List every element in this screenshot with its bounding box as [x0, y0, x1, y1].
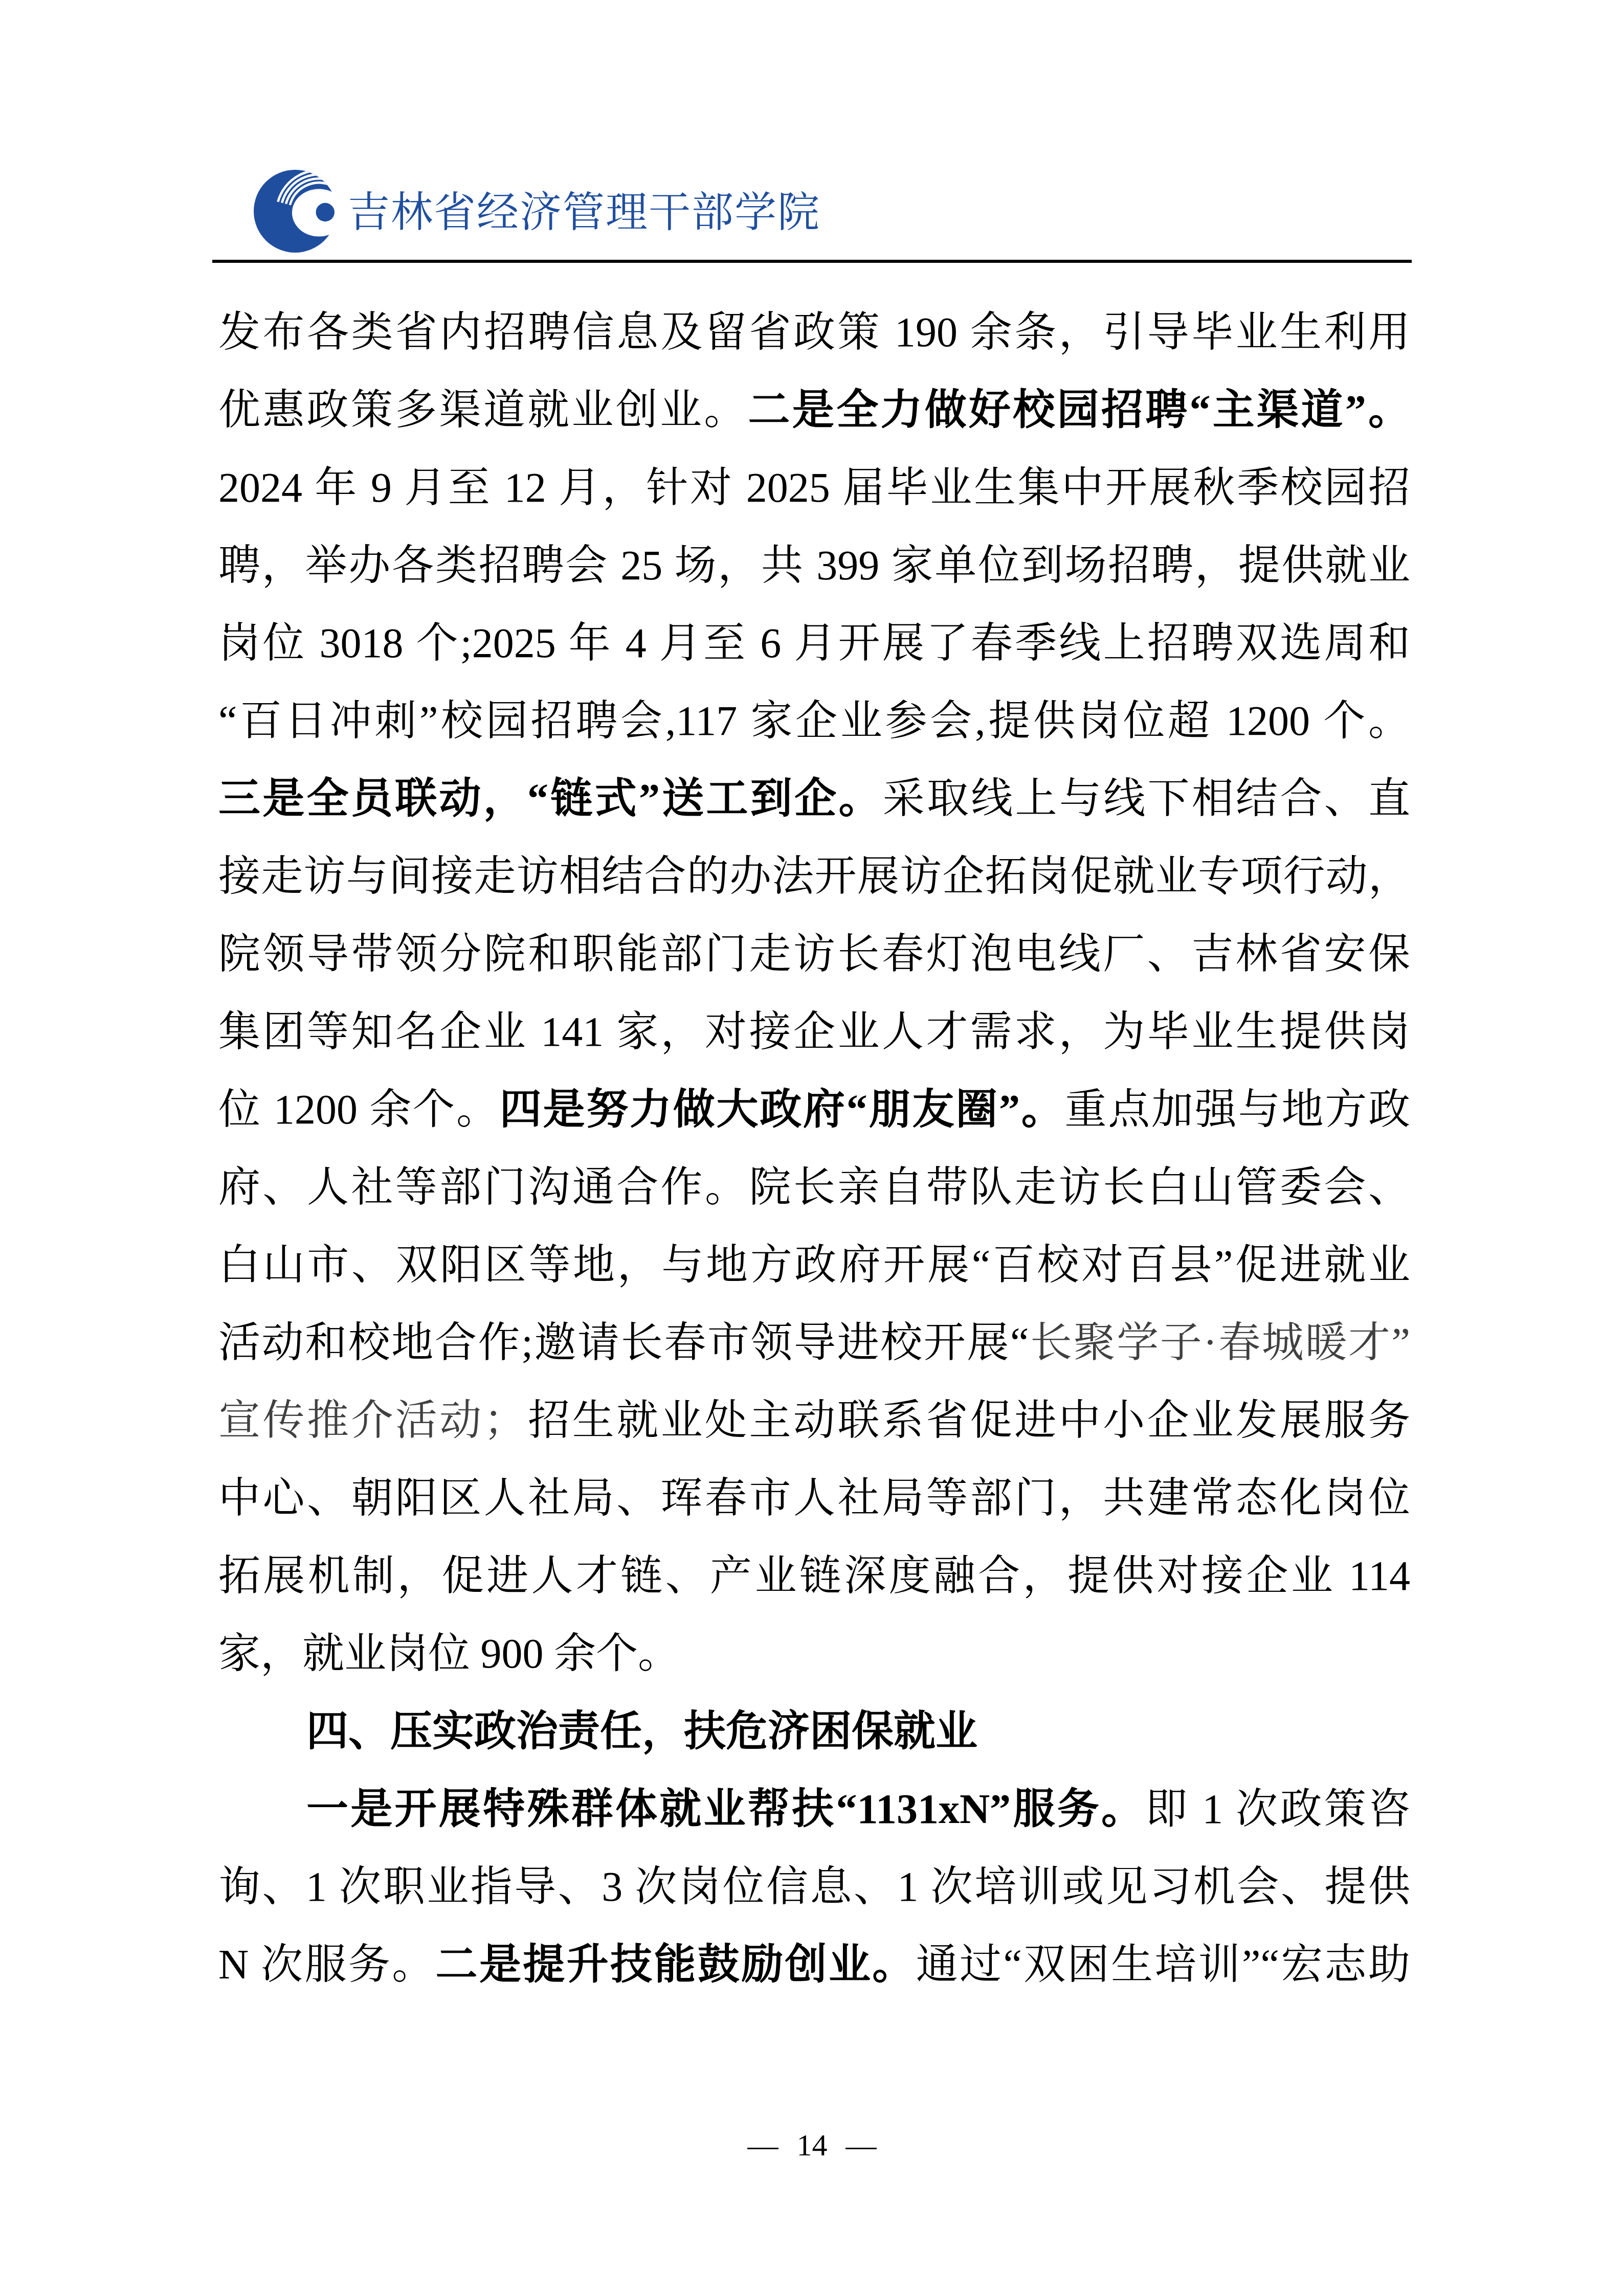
college-logo-icon: [254, 170, 337, 253]
text-segment: 中心、朝阳区人社局、珲春市人社局等部门，共建常态化岗位: [218, 1475, 1410, 1521]
document-page: 吉林省经济管理干部学院 发布各类省内招聘信息及留省政策 190 余条，引导毕业生…: [0, 0, 1624, 2296]
gray-text-segment: 长聚学子·春城暖才”: [1029, 1319, 1410, 1366]
body-line: 院领导带领分院和职能部门走访长春灯泡电线厂、吉林省安保: [218, 915, 1410, 993]
page-number-value: 14: [797, 2128, 828, 2162]
gray-text-segment: 宣传推介活动；: [218, 1397, 526, 1444]
body-line: 活动和校地合作;邀请长春市领导进校开展“长聚学子·春城暖才”: [218, 1304, 1410, 1382]
section-heading-text: 四、压实政治责任，扶危济困保就业: [306, 1707, 977, 1755]
emphasis-segment: 三是全员联动，“链式”送工到企。: [218, 775, 883, 822]
organization-name: 吉林省经济管理干部学院: [348, 190, 820, 235]
body-line: N 次服务。二是提升技能鼓励创业。通过“双困生培训”“宏志助: [218, 1926, 1410, 2004]
page-number: —14—: [0, 2130, 1624, 2160]
body-line: 三是全员联动，“链式”送工到企。采取线上与线下相结合、直: [218, 760, 1410, 838]
body-line: 中心、朝阳区人社局、珲春市人社局等部门，共建常态化岗位: [218, 1459, 1410, 1537]
text-segment: 拓展机制，促进人才链、产业链深度融合，提供对接企业 114: [218, 1552, 1410, 1599]
text-segment: 即 1 次政策咨: [1145, 1786, 1410, 1832]
page-number-dash-right: —: [846, 2128, 877, 2162]
header-divider: [212, 260, 1412, 263]
page-number-dash-left: —: [748, 2128, 778, 2162]
text-segment: N 次服务。: [218, 1941, 436, 1988]
body-line: 拓展机制，促进人才链、产业链深度融合，提供对接企业 114: [218, 1537, 1410, 1615]
body-line: 一是开展特殊群体就业帮扶“1131xN”服务。即 1 次政策咨: [218, 1770, 1410, 1848]
text-segment: 询、1 次职业指导、3 次岗位信息、1 次培训或见习机会、提供: [218, 1863, 1410, 1910]
text-segment: 聘，举办各类招聘会 25 场，共 399 家单位到场招聘，提供就业: [218, 542, 1410, 589]
emphasis-segment: 二是全力做好校园招聘“主渠道”。: [748, 387, 1410, 433]
body-line: 家，就业岗位 900 余个。: [218, 1615, 1410, 1693]
text-segment: 白山市、双阳区等地，与地方政府开展“百校对百县”促进就业: [218, 1242, 1410, 1288]
text-segment: 活动和校地合作;邀请长春市领导进校开展“: [218, 1319, 1029, 1366]
text-segment: 采取线上与线下相结合、直: [883, 775, 1410, 822]
body-line: 聘，举办各类招聘会 25 场，共 399 家单位到场招聘，提供就业: [218, 527, 1410, 604]
body-line: 位 1200 余个。四是努力做大政府“朋友圈”。重点加强与地方政: [218, 1071, 1410, 1149]
emphasis-segment: 一是开展特殊群体就业帮扶“1131xN”服务。: [306, 1786, 1145, 1832]
body-line: 集团等知名企业 141 家，对接企业人才需求，为毕业生提供岗: [218, 993, 1410, 1071]
body-line: 询、1 次职业指导、3 次岗位信息、1 次培训或见习机会、提供: [218, 1848, 1410, 1926]
body-line: 优惠政策多渠道就业创业。二是全力做好校园招聘“主渠道”。: [218, 371, 1410, 449]
body-line: 白山市、双阳区等地，与地方政府开展“百校对百县”促进就业: [218, 1226, 1410, 1304]
text-segment: 集团等知名企业 141 家，对接企业人才需求，为毕业生提供岗: [218, 1008, 1410, 1055]
text-segment: 院领导带领分院和职能部门走访长春灯泡电线厂、吉林省安保: [218, 931, 1410, 977]
text-segment: “百日冲刺”校园招聘会,117 家企业参会,提供岗位超 1200 个。: [218, 697, 1410, 744]
emphasis-segment: 四是努力做大政府“朋友圈”。: [500, 1086, 1065, 1133]
text-segment: 优惠政策多渠道就业创业。: [218, 387, 748, 433]
emphasis-segment: 二是提升技能鼓励创业。: [436, 1941, 916, 1988]
body-line: 府、人社等部门沟通合作。院长亲自带队走访长白山管委会、: [218, 1149, 1410, 1226]
text-segment: 招生就业处主动联系省促进中小企业发展服务: [526, 1397, 1410, 1444]
section-heading: 四、压实政治责任，扶危济困保就业: [218, 1693, 1410, 1770]
text-segment: 接走访与间接走访相结合的办法开展访企拓岗促就业专项行动，: [218, 853, 1410, 899]
text-segment: 家，就业岗位 900 余个。: [218, 1630, 680, 1677]
body-line: 发布各类省内招聘信息及留省政策 190 余条，引导毕业生利用: [218, 294, 1410, 371]
text-segment: 位 1200 余个。: [218, 1086, 500, 1133]
text-segment: 岗位 3018 个;2025 年 4 月至 6 月开展了春季线上招聘双选周和: [218, 620, 1410, 666]
body-line: “百日冲刺”校园招聘会,117 家企业参会,提供岗位超 1200 个。: [218, 682, 1410, 760]
body-line: 宣传推介活动；招生就业处主动联系省促进中小企业发展服务: [218, 1382, 1410, 1459]
text-segment: 通过“双困生培训”“宏志助: [916, 1941, 1410, 1988]
text-segment: 府、人社等部门沟通合作。院长亲自带队走访长白山管委会、: [218, 1164, 1410, 1210]
body-line: 岗位 3018 个;2025 年 4 月至 6 月开展了春季线上招聘双选周和: [218, 604, 1410, 682]
text-segment: 2024 年 9 月至 12 月，针对 2025 届毕业生集中开展秋季校园招: [218, 464, 1410, 511]
body-line: 接走访与间接走访相结合的办法开展访企拓岗促就业专项行动，: [218, 838, 1410, 915]
body-text: 发布各类省内招聘信息及留省政策 190 余条，引导毕业生利用 优惠政策多渠道就业…: [218, 294, 1410, 2004]
text-segment: 发布各类省内招聘信息及留省政策 190 余条，引导毕业生利用: [218, 309, 1410, 355]
body-line: 2024 年 9 月至 12 月，针对 2025 届毕业生集中开展秋季校园招: [218, 449, 1410, 527]
text-segment: 重点加强与地方政: [1065, 1086, 1410, 1133]
